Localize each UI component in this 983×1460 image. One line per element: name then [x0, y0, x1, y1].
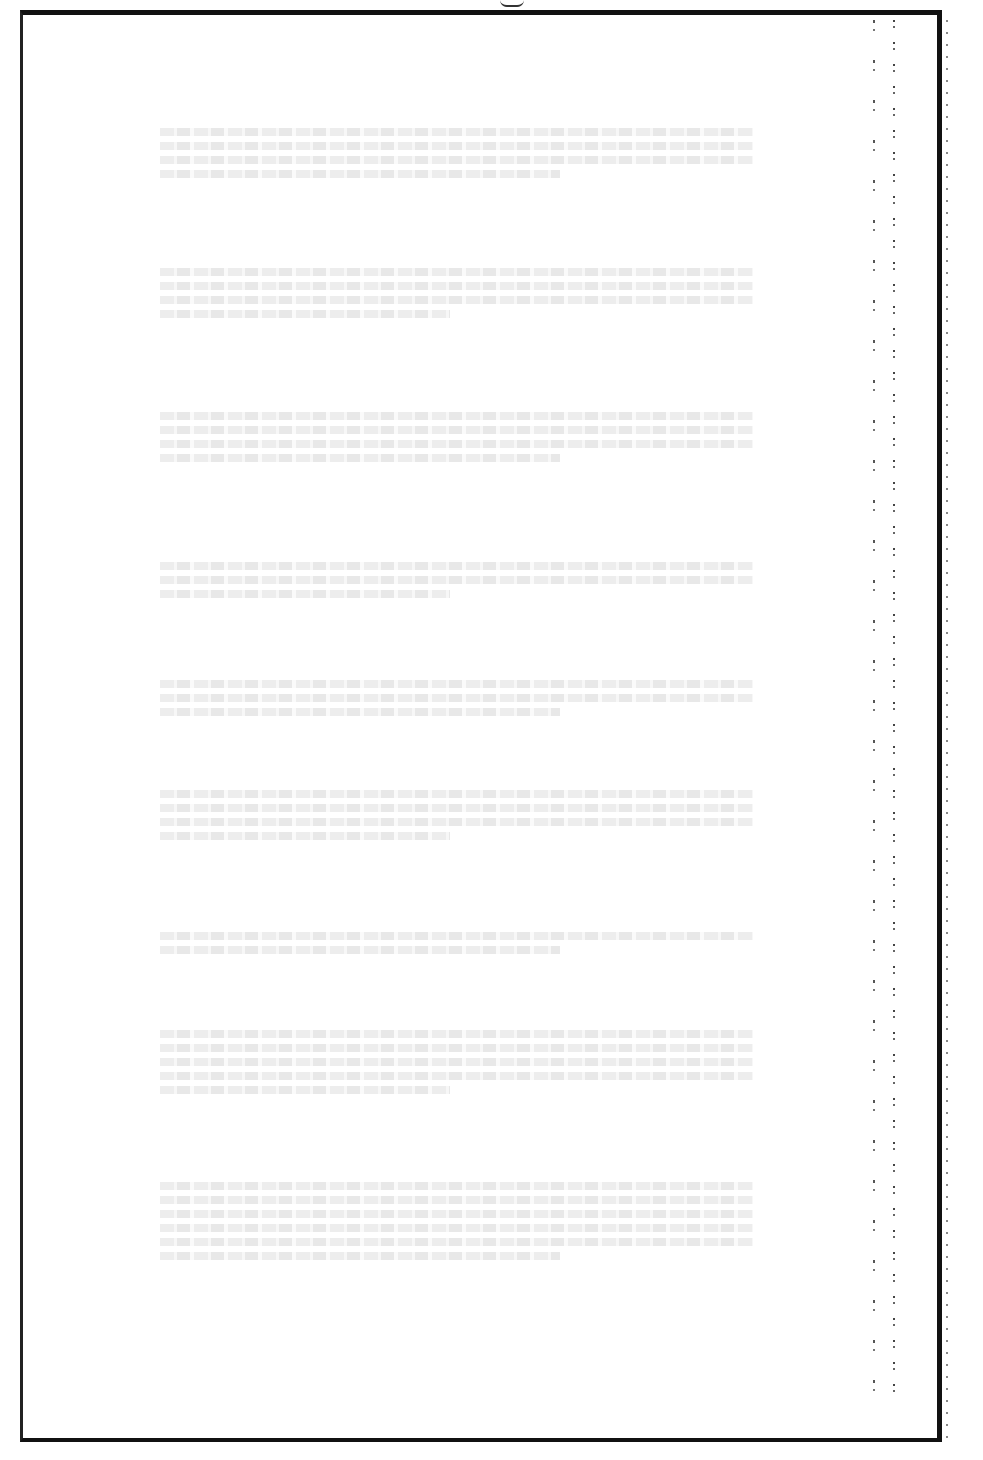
text-line-unreadable	[160, 1196, 753, 1204]
text-line-unreadable	[160, 1224, 753, 1232]
paragraph	[160, 932, 805, 960]
paragraph	[160, 790, 805, 846]
paragraph	[160, 1182, 805, 1266]
text-line-unreadable	[160, 818, 753, 826]
text-line-unreadable	[160, 946, 560, 954]
text-line-unreadable	[160, 1072, 753, 1080]
text-line-unreadable	[160, 170, 560, 178]
text-line-unreadable	[160, 1086, 450, 1094]
text-line-unreadable	[160, 296, 753, 304]
text-line-unreadable	[160, 576, 753, 584]
text-line-unreadable	[160, 1210, 753, 1218]
text-line-unreadable	[160, 128, 753, 136]
text-line-unreadable	[160, 1030, 753, 1038]
text-line-unreadable	[160, 708, 560, 716]
text-line-unreadable	[160, 1182, 753, 1190]
paragraph	[160, 128, 805, 184]
text-line-unreadable	[160, 1252, 560, 1260]
text-line-unreadable	[160, 694, 753, 702]
text-line-unreadable	[160, 142, 753, 150]
text-line-unreadable	[160, 1044, 753, 1052]
page-top-mark	[500, 0, 524, 7]
margin-marks	[946, 20, 948, 1440]
paragraph	[160, 1030, 805, 1100]
text-line-unreadable	[160, 832, 450, 840]
paragraph	[160, 562, 805, 604]
margin-marks	[893, 20, 895, 1400]
text-line-unreadable	[160, 932, 753, 940]
text-line-unreadable	[160, 426, 753, 434]
text-line-unreadable	[160, 268, 753, 276]
text-line-unreadable	[160, 680, 753, 688]
text-line-unreadable	[160, 1238, 753, 1246]
text-line-unreadable	[160, 804, 753, 812]
paragraph	[160, 680, 805, 722]
text-line-unreadable	[160, 454, 560, 462]
text-line-unreadable	[160, 412, 753, 420]
text-line-unreadable	[160, 1058, 753, 1066]
text-line-unreadable	[160, 310, 450, 318]
text-line-unreadable	[160, 590, 450, 598]
text-line-unreadable	[160, 790, 753, 798]
text-line-unreadable	[160, 282, 753, 290]
text-line-unreadable	[160, 156, 753, 164]
text-line-unreadable	[160, 562, 753, 570]
paragraph	[160, 412, 805, 468]
paragraph	[160, 268, 805, 324]
margin-marks	[873, 20, 875, 1400]
text-line-unreadable	[160, 440, 753, 448]
